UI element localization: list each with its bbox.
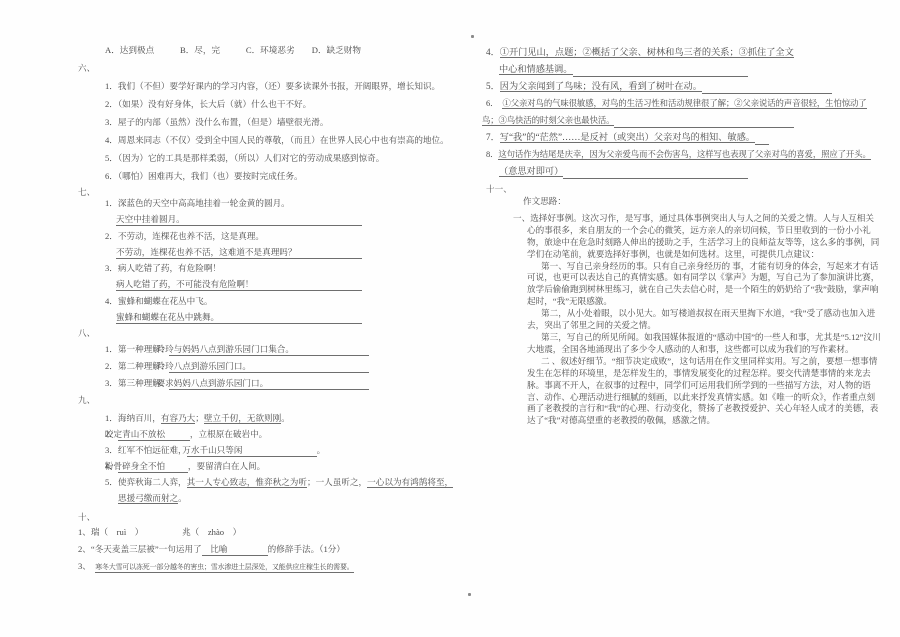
section-9-poem-fill-ins: 1．海纳百川，有容乃大；壁立千仞，无欲则刚。2．咬定青山不放松，立根原在破岩中。… [78, 410, 460, 506]
underlined-answer: 写“我”的“茫然”……是反衬（或突出）父亲对鸟的相知、敏感。 [500, 132, 755, 143]
text-segment: 九、 [78, 395, 95, 405]
s9-item-4: 4．粉骨碎身全不怕，要留清白在人间。 [105, 458, 460, 474]
underlined-answer: 中心和情感基调。 [499, 64, 573, 75]
text-segment: ； [195, 413, 204, 423]
text-segment: 的修辞手法。（1分） [268, 544, 345, 554]
text-segment: 十、 [78, 512, 95, 522]
stray-dot-top: . [471, 35, 474, 38]
reading-answer-8-line-1: 8．这句话作为结尾是庆幸，因为父亲爱鸟而不会伤害鸟，这样写也表现了父亲对鸟的喜爱… [486, 146, 884, 163]
text-segment: 第一、写自己亲身经历的事。只有自己亲身经历的 事，才能有切身的体会，写起来才有话… [527, 261, 879, 307]
text-segment: 3．病人吃错了药，有危险啊！ [105, 263, 221, 273]
s8-item-3: 3．第三种理解：要求妈妈八点到游乐园门口。 [105, 375, 460, 392]
text-segment: 一、选择好事例。这次习作，是写事，通过具体事例突出人与人之间的关爱之情。人与人互… [513, 213, 879, 259]
text-segment: 。 [317, 445, 326, 455]
text-segment: 二 、叙述好细节。“细节决定成败”，这句话用在作文里同样实用。写之前，要想一想事… [527, 356, 878, 426]
section-8-interpretations: 1．第一种理解：玲玲与妈妈八点到游乐园门口集合。2．第二种理解：玲玲八点到游乐园… [78, 341, 460, 392]
text-segment: 3．屋子的内部（虽然）没什么布置，（但是）墙壁很光滑。 [105, 117, 328, 127]
section-8-header: 八、 [78, 325, 178, 341]
section-7-rewrite-sentences: 1．深蓝色的天空中高高地挂着一轮金黄的圆月。天空中挂着圆月。2．不劳动，连棵花也… [78, 195, 460, 325]
s8-item-2: 2．第二种理解：玲玲八点到游乐园门口。 [105, 358, 460, 375]
reading-answer-4-line-2: 中心和情感基调。 [499, 61, 884, 78]
essay-paragraph-2: 第一、写自己亲身经历的事。只有自己亲身经历的 事，才能有切身的体会，写起来才有话… [527, 261, 881, 309]
essay-paragraph-4: 第三，写自己的所见所闻。如我国媒体报道的“感动中国”的一些人和事，尤其是“5.1… [527, 332, 881, 356]
section-9-header: 九、 [78, 392, 178, 408]
text-segment: 。 [178, 493, 187, 503]
text-segment: 6．（哪怕）困难再大，我们（也）要按时完成任务。 [105, 171, 303, 181]
underlined-answer: 玲玲与妈妈八点到游乐园门口集合。 [169, 344, 369, 356]
s6-item-4: 4．周恩来同志（不仅）受到全中国人民的尊敬，（而且）在世界人民心中也有崇高的地位… [105, 131, 460, 149]
essay-paragraph-1: 一、选择好事例。这次习作，是写事，通过具体事例突出人与人之间的关爱之情。人与人互… [527, 213, 881, 261]
underlined-answer: （意思对即可） [499, 166, 563, 177]
text-segment: 1．深蓝色的天空中高高地挂着一轮金黄的圆月。 [105, 198, 290, 208]
underlined-answer [614, 116, 794, 128]
reading-answer-7: 7．写“我”的“茫然”……是反衬（或突出）父亲对鸟的相知、敏感。 [486, 129, 884, 146]
underlined-answer: 咬定青山不放松 [118, 429, 190, 441]
text-segment: ，要留清白在人间。 [188, 461, 265, 471]
s10-item-3: 3、 寒冬大雪可以冻死一部分越冬的害虫；雪水渗进土层深处，又能供应庄稼生长的需要… [78, 558, 460, 575]
s9-item-5: 5．使弈秋诲二人弈，其一人专心致志，惟弈秋之为听；一人虽听之，一心以为有鸿鹄将至… [105, 474, 460, 506]
reading-answer-4-line-1: 4．①开门见山，点题；②概括了父亲、树林和鸟三者的关系；③抓住了全文 [486, 44, 884, 61]
text-segment: 。 [281, 413, 290, 423]
underlined-answer: 其一人专心致志，惟弈秋之为听 [187, 477, 307, 488]
s7-answer-4: 蜜蜂和蝴蝶在花丛中跳舞。 [116, 309, 460, 325]
s6-item-2: 2．（如果）没有好身体，长大后（就）什么也干不好。 [105, 95, 460, 113]
reading-answers: 4．①开门见山，点题；②概括了父亲、树林和鸟三者的关系；③抓住了全文中心和情感基… [486, 44, 884, 180]
underlined-answer: 玲玲八点到游乐园门口。 [169, 361, 369, 373]
text-segment: 1．我们（不但）要学好课内的学习内容，（还）要多读课外书报，开阔眼界，增长知识。 [105, 81, 440, 91]
text-segment: 第三，写自己的所见所闻。如我国媒体报道的“感动中国”的一些人和事，尤其是“5.1… [527, 332, 881, 354]
underlined-answer: 蜜蜂和蝴蝶在花丛中跳舞。 [116, 312, 362, 324]
s6-item-5: 5．（因为）它的工具是那样柔弱，（所以）人们对它的劳动成果感到惊奇。 [105, 149, 460, 167]
reading-answer-8-line-2: （意思对即可） [499, 163, 884, 180]
essay-guidance: 作文思路：一、选择好事例。这次习作，是写事，通过具体事例突出人与人之间的关爱之情… [527, 196, 881, 427]
section-10-answers: 1、瑞（ ruì ） 兆（ zhào ）2、“冬天麦盖三层被”一句运用了 比喻 … [78, 524, 460, 575]
essay-title: 作文思路： [527, 196, 881, 208]
section-6-header: 六、 [78, 59, 460, 77]
s9-item-3: 3．红军不怕远征难， 万水千山只等闲。 [105, 442, 460, 458]
text-segment: 4． [486, 47, 500, 57]
text-segment: 八、 [78, 328, 95, 338]
worksheet-page: . . A．达到极点 B．尽，完 C．环境恶劣 D．缺乏财物 六、1．我们（不但… [0, 0, 900, 637]
s7-question-1: 1．深蓝色的天空中高高地挂着一轮金黄的圆月。 [105, 195, 460, 211]
reading-answer-6-line-2: 鸟；③鸟快活的时刻父亲也最快活。 [482, 112, 884, 129]
text-segment: A．达到极点 B．尽，完 C．环境恶劣 D．缺乏财物 [105, 45, 361, 55]
text-segment: 六、 [78, 63, 95, 73]
s7-question-2: 2．不劳动，连棵花也养不活，这是真理。 [105, 228, 460, 244]
underlined-answer: 比喻 [202, 544, 268, 556]
essay-paragraph-5: 二 、叙述好细节。“细节决定成败”，这句话用在作文里同样实用。写之前，要想一想事… [527, 356, 881, 427]
s10-item-2: 2、“冬天麦盖三层被”一句运用了 比喻 的修辞手法。（1分） [78, 541, 460, 558]
section-8-heading: 八、 [78, 325, 178, 341]
text-segment: 2．不劳动，连棵花也养不活，这是真理。 [105, 231, 264, 241]
options-row: A．达到极点 B．尽，完 C．环境恶劣 D．缺乏财物 [78, 41, 460, 59]
underlined-answer: 不劳动，连棵花也养不活，这难道不是真理吗？ [116, 247, 362, 259]
text-segment: ；一人虽听之， [307, 477, 367, 487]
underlined-answer [755, 132, 769, 145]
underlined-answer: 要求妈妈八点到游乐园门口。 [169, 378, 369, 390]
text-segment: 4．蜜蜂和蝴蝶在花丛中飞。 [105, 296, 212, 306]
s10-item-1: 1、瑞（ ruì ） 兆（ zhào ） [78, 524, 460, 541]
text-segment: 5． [486, 81, 500, 91]
text-segment: 5．（因为）它的工具是那样柔弱，（所以）人们对它的劳动成果感到惊奇。 [105, 153, 384, 163]
underlined-answer [702, 81, 832, 94]
text-segment: 2．（如果）没有好身体，长大后（就）什么也干不好。 [105, 99, 311, 109]
stray-dot-bottom: . [468, 593, 471, 596]
underlined-answer: 有容乃大 [161, 413, 195, 424]
underlined-answer: 病人吃错了药，不可能没有危险啊！ [116, 279, 362, 291]
text-segment: 7． [486, 132, 500, 142]
text-segment: 十一、 [486, 184, 512, 194]
underlined-answer: 这句话作为结尾是庆幸，因为父亲爱鸟而不会伤害鸟，这样写也表现了父亲对鸟的喜爱，照… [498, 150, 870, 160]
text-segment: ，立根原在破岩中。 [190, 429, 267, 439]
s7-question-4: 4．蜜蜂和蝴蝶在花丛中飞。 [105, 293, 460, 309]
underlined-answer: 粉骨碎身全不怕 [118, 461, 188, 473]
text-segment: 6． [486, 99, 502, 108]
text-segment: 1．海纳百川， [105, 413, 161, 423]
text-segment: 3、 [78, 561, 95, 571]
underlined-answer: ①开门见山，点题；②概括了父亲、树林和鸟三者的关系；③抓住了全文 [500, 47, 794, 58]
underlined-answer: 天空中挂着圆月。 [116, 214, 362, 226]
s7-answer-3: 病人吃错了药，不可能没有危险啊！ [116, 276, 460, 292]
text-segment: 8． [486, 150, 498, 159]
underlined-answer [563, 166, 748, 179]
options-line: A．达到极点 B．尽，完 C．环境恶劣 D．缺乏财物 [105, 41, 460, 59]
s6-item-1: 1．我们（不但）要学好课内的学习内容，（还）要多读课外书报，开阔眼界，增长知识。 [105, 77, 460, 95]
s6-item-3: 3．屋子的内部（虽然）没什么布置，（但是）墙壁很光滑。 [105, 113, 460, 131]
text-segment: 4．周恩来同志（不仅）受到全中国人民的尊敬，（而且）在世界人民心中也有崇高的地位… [105, 135, 449, 145]
s9-item-2: 2．咬定青山不放松，立根原在破岩中。 [105, 426, 460, 442]
text-segment: 2、“冬天麦盖三层被”一句运用了 [78, 544, 202, 554]
section-9-heading: 九、 [78, 392, 178, 408]
underlined-answer: 万水千山只等闲 [187, 445, 317, 457]
essay-paragraph-3: 第二，从小处着眼，以小见大。如写楼道叔叔在雨天里掏下水道，“我”受了感动也加入进… [527, 308, 881, 332]
underlined-answer: 鸟；③鸟快活的时刻父亲也最快活。 [482, 116, 614, 126]
s6-item-6: 6．（哪怕）困难再大，我们（也）要按时完成任务。 [105, 167, 460, 185]
text-segment: 5．使弈秋诲二人弈， [105, 477, 187, 487]
underlined-answer: 壁立千仞，无欲则刚 [204, 413, 281, 424]
underlined-answer: 因为父亲闻到了鸟味；没有风，看到了树叶在动。 [500, 81, 702, 92]
s7-answer-1: 天空中挂着圆月。 [116, 211, 460, 227]
s7-answer-2: 不劳动，连棵花也养不活，这难道不是真理吗？ [116, 244, 460, 260]
text-segment: 作文思路： [523, 196, 566, 206]
section-11-heading: 十一、 [486, 181, 586, 197]
section-6-conjunctions: 六、1．我们（不但）要学好课内的学习内容，（还）要多读课外书报，开阔眼界，增长知… [78, 59, 460, 185]
text-segment: 1、瑞（ ruì ） 兆（ zhào ） [78, 527, 241, 537]
underlined-answer [573, 64, 748, 77]
text-segment: 第二，从小处着眼，以小见大。如写楼道叔叔在雨天里掏下水道，“我”受了感动也加入进… [527, 308, 875, 330]
s7-question-3: 3．病人吃错了药，有危险啊！ [105, 260, 460, 276]
s8-item-1: 1．第一种理解：玲玲与妈妈八点到游乐园门口集合。 [105, 341, 460, 358]
reading-answer-6-line-1: 6． ①父亲对鸟的气味很敏感，对鸟的生活习性和活动规律很了解；②父亲说话的声音很… [486, 95, 884, 112]
reading-answer-5: 5．因为父亲闻到了鸟味；没有风，看到了树叶在动。 [486, 78, 884, 95]
s9-item-1: 1．海纳百川，有容乃大；壁立千仞，无欲则刚。 [105, 410, 460, 426]
underlined-answer: 寒冬大雪可以冻死一部分越冬的害虫；雪水渗进土层深处，又能供应庄稼生长的需要。 [95, 563, 353, 573]
section-11-header: 十一、 [486, 181, 586, 197]
underlined-answer: ①父亲对鸟的气味很敏感，对鸟的生活习性和活动规律很了解；②父亲说话的声音很轻，生… [502, 99, 866, 109]
